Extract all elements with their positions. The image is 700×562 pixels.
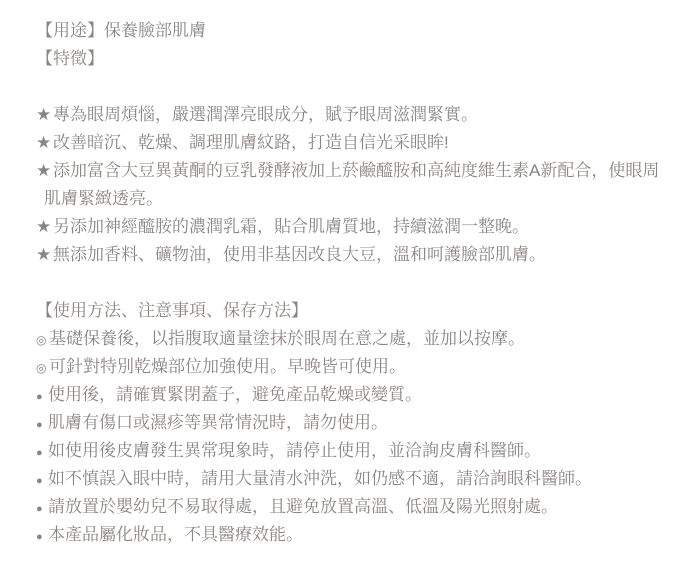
direction-item: ●請放置於嬰幼兒不易取得處，且避免放置高溫、低溫及陽光照射處。 [36, 493, 682, 521]
direction-text: 請放置於嬰幼兒不易取得處，且避免放置高溫、低溫及陽光照射處。 [48, 497, 558, 516]
product-description-page: 【用途】保養臉部肌膚 【特徵】 ★專為眼周煩惱，嚴選潤澤亮眼成分，賦予眼周滋潤緊… [0, 0, 700, 562]
bullet-icon: ● [36, 467, 48, 495]
feature-text: 無添加香料、礦物油，使用非基因改良大豆，溫和呵護臉部肌膚。 [53, 245, 546, 264]
star-icon: ★ [36, 101, 53, 129]
feature-item-continuation: 肌膚緊緻透亮。 [36, 185, 682, 213]
star-icon: ★ [36, 241, 53, 269]
blank-line [36, 269, 682, 297]
bullet-icon: ● [36, 523, 48, 551]
bullet-icon: ● [36, 411, 48, 439]
direction-text: 使用後，請確實緊閉蓋子，避免產品乾燥或變質。 [48, 385, 422, 404]
directions-heading: 【使用方法、注意事項、保存方法】 [36, 297, 682, 325]
direction-item: ●如使用後皮膚發生異常現象時，請停止使用，並洽詢皮膚科醫師。 [36, 437, 682, 465]
feature-item: ★添加富含大豆異黃酮的豆乳發酵液加上菸鹼醯胺和高純度維生素A新配合，使眼周 [36, 157, 682, 185]
direction-text: 如使用後皮膚發生異常現象時，請停止使用，並洽詢皮膚科醫師。 [48, 441, 541, 460]
feature-text: 添加富含大豆異黃酮的豆乳發酵液加上菸鹼醯胺和高純度維生素A新配合，使眼周 [53, 161, 659, 180]
blank-line [36, 73, 682, 101]
feature-item: ★無添加香料、礦物油，使用非基因改良大豆，溫和呵護臉部肌膚。 [36, 241, 682, 269]
feature-text: 另添加神經醯胺的濃潤乳霜，貼合肌膚質地，持續滋潤一整晚。 [53, 217, 529, 236]
direction-item: ◎基礎保養後，以指腹取適量塗抹於眼周在意之處，並加以按摩。 [36, 325, 682, 353]
direction-text: 肌膚有傷口或濕疹等異常情況時，請勿使用。 [48, 413, 388, 432]
feature-text: 肌膚緊緻透亮。 [44, 189, 163, 208]
direction-item: ●肌膚有傷口或濕疹等異常情況時，請勿使用。 [36, 409, 682, 437]
double-circle-icon: ◎ [36, 326, 49, 354]
direction-text: 本產品屬化妝品，不具醫療效能。 [48, 525, 303, 544]
direction-text: 可針對特別乾燥部位加強使用。早晚皆可使用。 [49, 357, 406, 376]
direction-item: ●使用後，請確實緊閉蓋子，避免產品乾燥或變質。 [36, 381, 682, 409]
feature-text: 改善暗沉、乾燥、調理肌膚紋路，打造自信光采眼眸! [53, 133, 449, 152]
star-icon: ★ [36, 213, 53, 241]
features-heading: 【特徵】 [36, 45, 682, 73]
direction-item: ●本產品屬化妝品，不具醫療效能。 [36, 521, 682, 549]
feature-item: ★改善暗沉、乾燥、調理肌膚紋路，打造自信光采眼眸! [36, 129, 682, 157]
bullet-icon: ● [36, 383, 48, 411]
direction-text: 如不慎誤入眼中時，請用大量清水沖洗，如仍感不適，請洽詢眼科醫師。 [48, 469, 592, 488]
feature-item: ★專為眼周煩惱，嚴選潤澤亮眼成分，賦予眼周滋潤緊實。 [36, 101, 682, 129]
usage-heading: 【用途】保養臉部肌膚 [36, 17, 682, 45]
feature-text: 專為眼周煩惱，嚴選潤澤亮眼成分，賦予眼周滋潤緊實。 [53, 105, 478, 124]
star-icon: ★ [36, 129, 53, 157]
direction-item: ●如不慎誤入眼中時，請用大量清水沖洗，如仍感不適，請洽詢眼科醫師。 [36, 465, 682, 493]
bullet-icon: ● [36, 439, 48, 467]
feature-item: ★另添加神經醯胺的濃潤乳霜，貼合肌膚質地，持續滋潤一整晚。 [36, 213, 682, 241]
double-circle-icon: ◎ [36, 354, 49, 382]
bullet-icon: ● [36, 495, 48, 523]
star-icon: ★ [36, 157, 53, 185]
direction-text: 基礎保養後，以指腹取適量塗抹於眼周在意之處，並加以按摩。 [49, 329, 525, 348]
direction-item: ◎可針對特別乾燥部位加強使用。早晚皆可使用。 [36, 353, 682, 381]
